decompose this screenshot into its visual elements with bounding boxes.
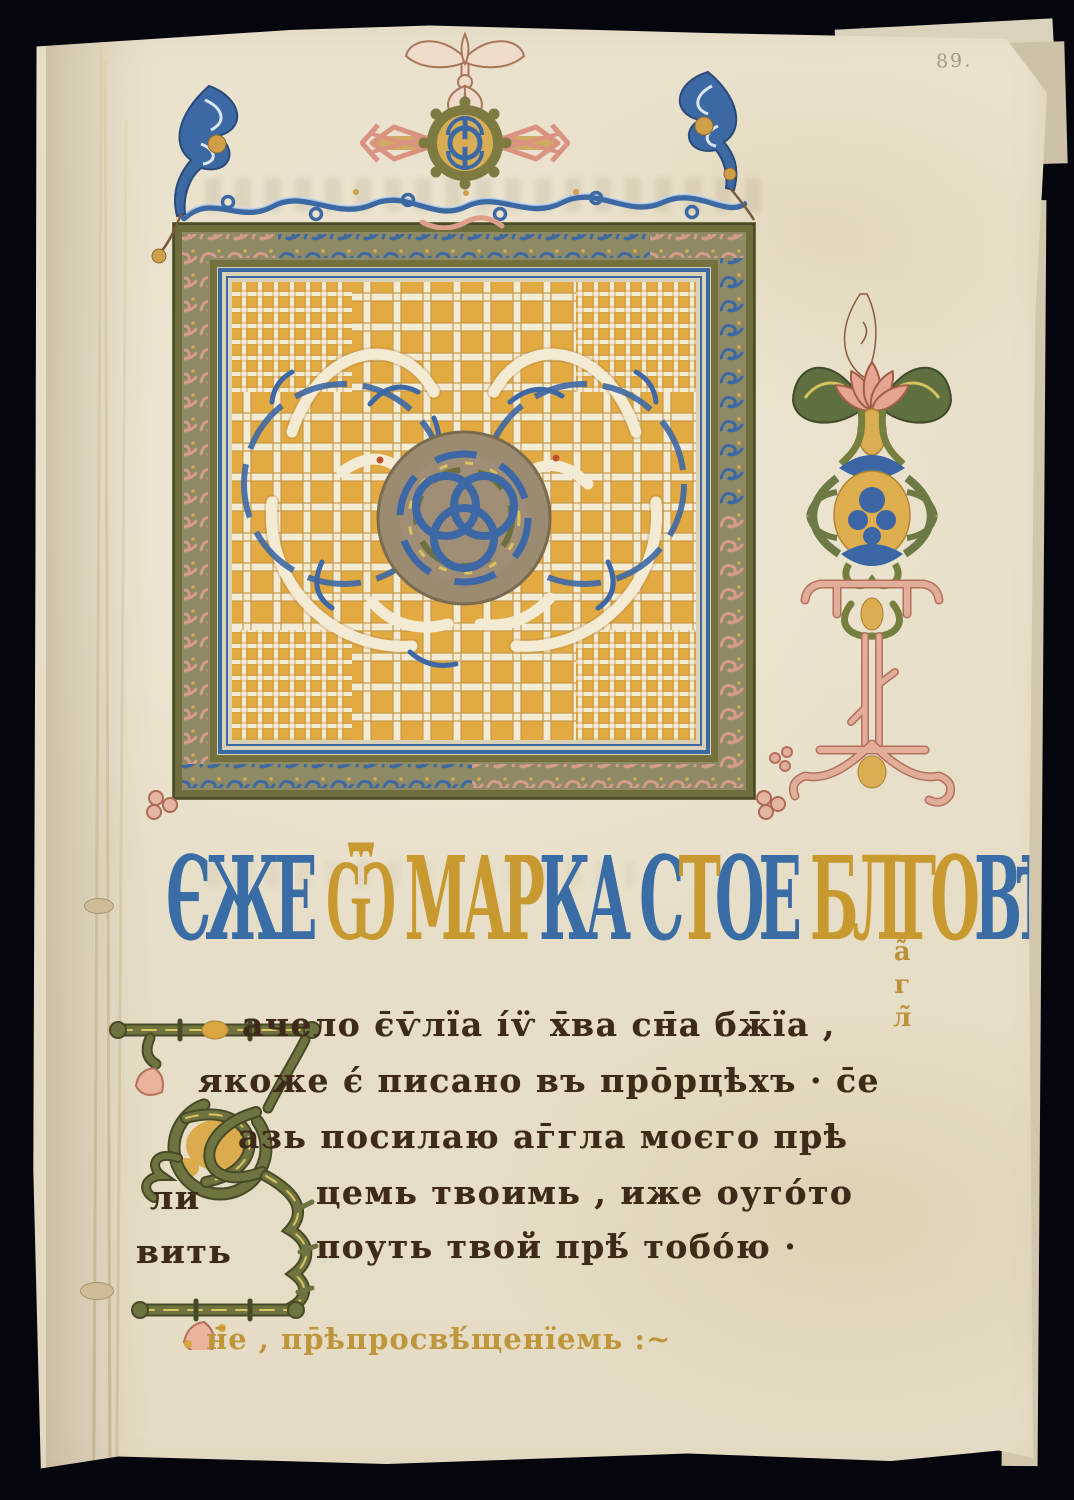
rubric-line: н̄е , пр̄ѣпросвѣ́щенїемь :~ xyxy=(206,1322,671,1356)
vyaz-segment: ВѢСТ xyxy=(974,832,1074,967)
headpiece-ornament xyxy=(172,222,756,800)
vyaz-segment: Т xyxy=(678,832,714,967)
headpiece-interlace-field xyxy=(232,282,696,740)
body-line-2: якоже є́ писано въ про̄рцѣхъ · с̄е xyxy=(198,1064,880,1097)
flower-head xyxy=(793,362,951,455)
pink-knot-and-stem xyxy=(805,584,939,744)
vyaz-segment: КА xyxy=(539,832,639,967)
vyaz-segment: БЛГО xyxy=(810,832,974,967)
trefoil-dots-icon xyxy=(146,790,182,820)
margin-word-vit: вить xyxy=(136,1232,232,1271)
initial-letter-z xyxy=(100,1000,335,1350)
leaf-sprig-right-icon xyxy=(664,62,784,222)
leaf-sprig-left-icon xyxy=(145,78,265,268)
margin-chapter-letters: а̃ г л̃ xyxy=(893,938,911,1034)
vyaz-segment: ОЕ xyxy=(715,832,810,967)
vyaz-segment: Ѿ xyxy=(325,832,404,967)
body-line-5: поуть твой прѣ́ тобо́ю · xyxy=(316,1230,797,1263)
chapter-letter: л̃ xyxy=(893,1004,911,1034)
body-line-4: цемь твоимь , иже оуго́то xyxy=(316,1176,853,1209)
vyaz-segment: ЄЖЕ xyxy=(166,832,325,967)
body-line-3: азь посилаю аг̄гла моєго прѣ xyxy=(238,1120,848,1153)
cross-medallion-icon xyxy=(360,30,570,200)
central-knot-medallion xyxy=(378,432,550,604)
folio-number: 89. xyxy=(936,49,973,72)
body-line-1: ачело є̄ѵ̄лїа і́ѵ̈ х̄ва сн̄а бж̄їа , xyxy=(242,1008,836,1041)
chapter-letter: г xyxy=(893,971,911,1001)
chapter-letter: а̃ xyxy=(893,938,911,968)
parchment-page: 89. xyxy=(0,0,1074,1500)
pink-base xyxy=(770,744,951,802)
margin-word-li: ли xyxy=(150,1178,201,1217)
floral-column-icon xyxy=(765,292,980,832)
vyaz-segment: С xyxy=(639,832,678,967)
vyaz-segment: МАР xyxy=(405,832,539,967)
manuscript-photo: 89. xyxy=(0,0,1074,1500)
sewing-knot xyxy=(84,898,114,914)
